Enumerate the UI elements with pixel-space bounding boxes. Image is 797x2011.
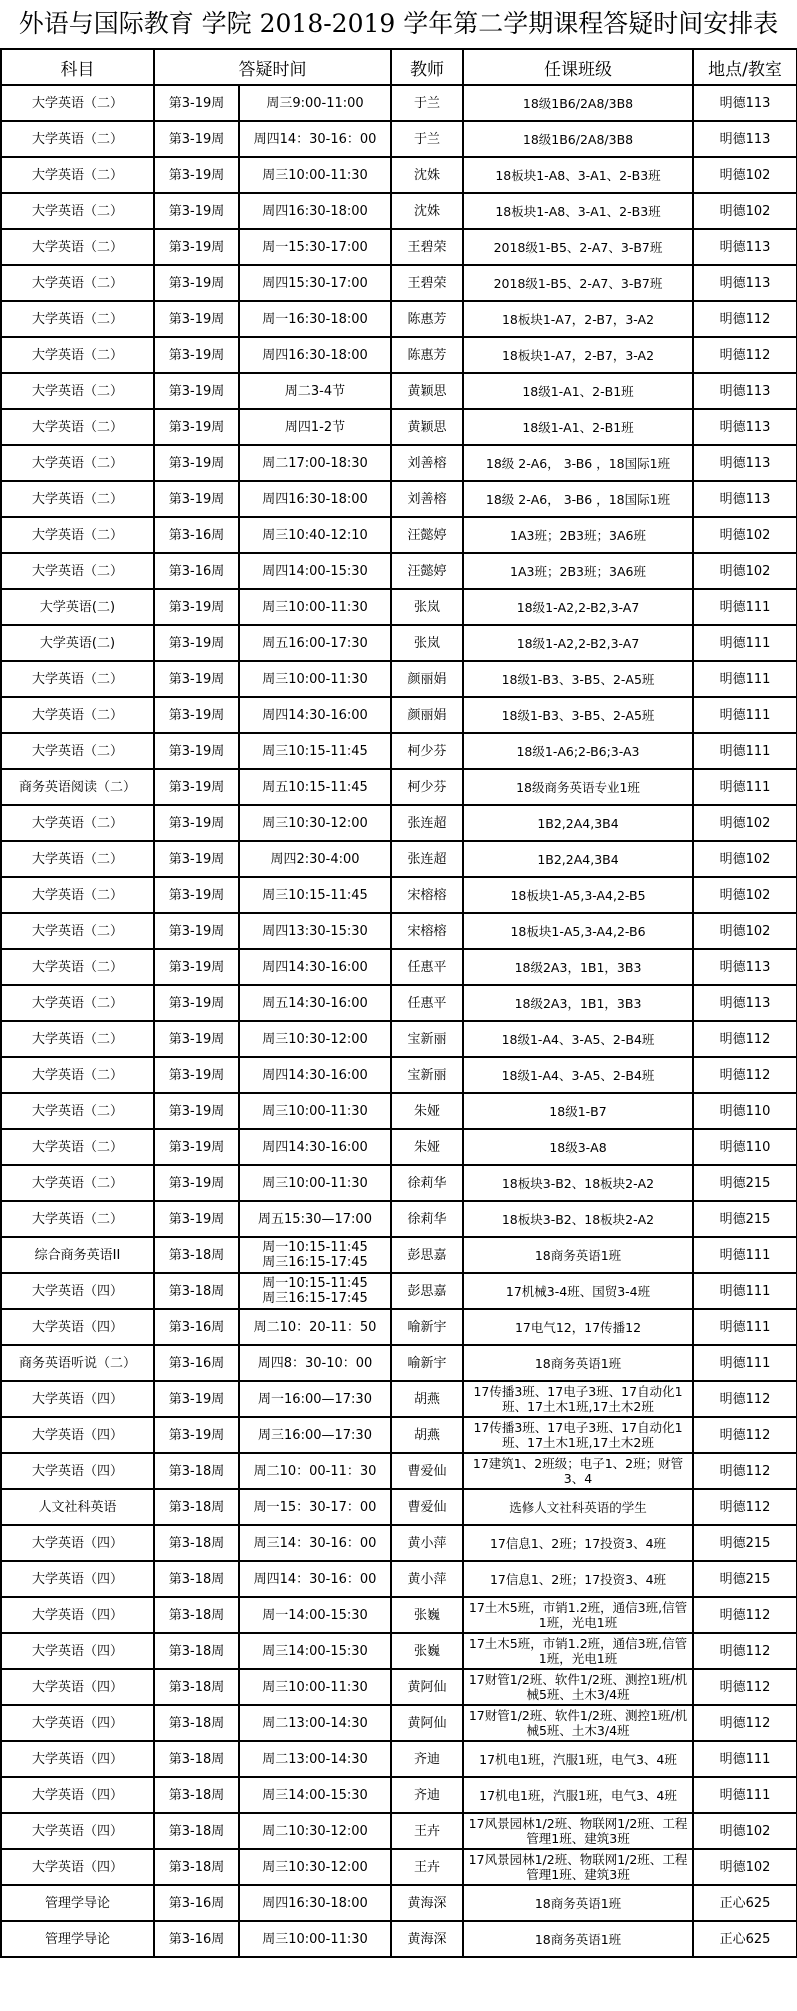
weeks-cell: 第3-19周 <box>154 805 239 841</box>
time-cell: 周二10：00-11：30 <box>239 1453 391 1489</box>
location-cell: 明德112 <box>693 1705 797 1741</box>
subject-cell: 大学英语（二） <box>1 1129 154 1165</box>
table-row: 大学英语（二）第3-19周周四2:30-4:00张连超1B2,2A4,3B4明德… <box>1 841 797 877</box>
classes-cell: 18级1-A4、3-A5、2-B4班 <box>463 1021 693 1057</box>
classes-cell: 18板块1-A5,3-A4,2-B5 <box>463 877 693 913</box>
table-row: 大学英语（四）第3-16周周二10：20-11：50喻新宇17电气12，17传播… <box>1 1309 797 1345</box>
weeks-cell: 第3-18周 <box>154 1561 239 1597</box>
location-cell: 明德111 <box>693 697 797 733</box>
location-cell: 明德111 <box>693 589 797 625</box>
table-row: 大学英语（四）第3-18周周一10:15-11:45 周三16:15-17:45… <box>1 1273 797 1309</box>
classes-cell: 18级1-A1、2-B1班 <box>463 409 693 445</box>
subject-cell: 大学英语（二） <box>1 1057 154 1093</box>
time-cell: 周三10:15-11:45 <box>239 733 391 769</box>
time-cell: 周四14:30-16:00 <box>239 1057 391 1093</box>
classes-cell: 17机电1班，汽服1班，电气3、4班 <box>463 1777 693 1813</box>
time-cell: 周四16:30-18:00 <box>239 481 391 517</box>
weeks-cell: 第3-19周 <box>154 481 239 517</box>
subject-cell: 大学英语（二） <box>1 985 154 1021</box>
weeks-cell: 第3-16周 <box>154 1885 239 1921</box>
time-cell: 周三10:00-11:30 <box>239 589 391 625</box>
table-row: 大学英语（二）第3-19周周三10:15-11:45柯少芬18级1-A6;2-B… <box>1 733 797 769</box>
location-cell: 明德102 <box>693 841 797 877</box>
location-cell: 明德112 <box>693 1489 797 1525</box>
location-cell: 明德102 <box>693 805 797 841</box>
weeks-cell: 第3-19周 <box>154 769 239 805</box>
table-row: 大学英语（二）第3-19周周四14：30-16：00于兰18级1B6/2A8/3… <box>1 121 797 157</box>
time-cell: 周三14:00-15:30 <box>239 1633 391 1669</box>
subject-cell: 大学英语（二） <box>1 301 154 337</box>
teacher-cell: 张岚 <box>391 625 463 661</box>
time-cell: 周三10:30-12:00 <box>239 1849 391 1885</box>
weeks-cell: 第3-19周 <box>154 373 239 409</box>
subject-cell: 大学英语（二） <box>1 805 154 841</box>
table-row: 大学英语(二)第3-19周周三10:00-11:30张岚18级1-A2,2-B2… <box>1 589 797 625</box>
weeks-cell: 第3-19周 <box>154 301 239 337</box>
classes-cell: 18板块1-A7，2-B7，3-A2 <box>463 301 693 337</box>
table-row: 大学英语（二）第3-16周周四14:00-15:30汪懿婷1A3班；2B3班；3… <box>1 553 797 589</box>
subject-cell: 大学英语（四） <box>1 1453 154 1489</box>
table-row: 大学英语（二）第3-19周周四16:30-18:00沈姝18板块1-A8、3-A… <box>1 193 797 229</box>
time-cell: 周三10:30-12:00 <box>239 1021 391 1057</box>
location-cell: 明德113 <box>693 85 797 121</box>
time-cell: 周二10:30-12:00 <box>239 1813 391 1849</box>
table-row: 大学英语（四）第3-18周周三14：30-16：00黄小萍17信息1、2班；17… <box>1 1525 797 1561</box>
time-cell: 周二10：20-11：50 <box>239 1309 391 1345</box>
weeks-cell: 第3-19周 <box>154 193 239 229</box>
classes-cell: 17信息1、2班；17投资3、4班 <box>463 1561 693 1597</box>
table-row: 大学英语（四）第3-18周周一14:00-15:30张巍17土木5班，市销1.2… <box>1 1597 797 1633</box>
classes-cell: 18级商务英语专业1班 <box>463 769 693 805</box>
table-row: 大学英语（二）第3-19周周四1-2节黄颖思18级1-A1、2-B1班明德113 <box>1 409 797 445</box>
time-cell: 周三14:00-15:30 <box>239 1777 391 1813</box>
classes-cell: 18级 2-A6， 3-B6 ，18国际1班 <box>463 445 693 481</box>
location-cell: 明德111 <box>693 1273 797 1309</box>
time-cell: 周三10:00-11:30 <box>239 1165 391 1201</box>
location-cell: 明德112 <box>693 337 797 373</box>
teacher-cell: 胡燕 <box>391 1417 463 1453</box>
table-row: 大学英语（二）第3-19周周三10:00-11:30朱娅18级1-B7明德110 <box>1 1093 797 1129</box>
classes-cell: 18商务英语1班 <box>463 1885 693 1921</box>
table-row: 大学英语（二）第3-19周周一15:30-17:00王碧荣2018级1-B5、2… <box>1 229 797 265</box>
teacher-cell: 喻新宇 <box>391 1345 463 1381</box>
weeks-cell: 第3-18周 <box>154 1741 239 1777</box>
table-row: 大学英语（四）第3-18周周二13:00-14:30齐迪17机电1班，汽服1班，… <box>1 1741 797 1777</box>
weeks-cell: 第3-16周 <box>154 517 239 553</box>
location-cell: 明德113 <box>693 409 797 445</box>
table-row: 大学英语（二）第3-19周周四15:30-17:00王碧荣2018级1-B5、2… <box>1 265 797 301</box>
teacher-cell: 陈惠芳 <box>391 301 463 337</box>
teacher-cell: 宝新丽 <box>391 1021 463 1057</box>
time-cell: 周二13:00-14:30 <box>239 1705 391 1741</box>
location-cell: 明德102 <box>693 553 797 589</box>
table-row: 大学英语（二）第3-19周周四14:30-16:00颜丽娟18级1-B3、3-B… <box>1 697 797 733</box>
location-cell: 明德112 <box>693 1669 797 1705</box>
weeks-cell: 第3-19周 <box>154 85 239 121</box>
subject-cell: 大学英语（二） <box>1 1021 154 1057</box>
classes-cell: 2018级1-B5、2-A7、3-B7班 <box>463 265 693 301</box>
subject-cell: 大学英语（二） <box>1 661 154 697</box>
table-row: 大学英语（二）第3-19周周四16:30-18:00刘善榕18级 2-A6， 3… <box>1 481 797 517</box>
time-cell: 周三10:00-11:30 <box>239 1921 391 1957</box>
table-body: 大学英语（二）第3-19周周三9:00-11:00于兰18级1B6/2A8/3B… <box>1 85 797 1957</box>
location-cell: 明德102 <box>693 913 797 949</box>
subject-cell: 大学英语（二） <box>1 229 154 265</box>
subject-cell: 大学英语（二） <box>1 409 154 445</box>
weeks-cell: 第3-19周 <box>154 625 239 661</box>
teacher-cell: 喻新宇 <box>391 1309 463 1345</box>
time-cell: 周二17:00-18:30 <box>239 445 391 481</box>
weeks-cell: 第3-19周 <box>154 1057 239 1093</box>
teacher-cell: 柯少芬 <box>391 769 463 805</box>
subject-cell: 大学英语（四） <box>1 1561 154 1597</box>
weeks-cell: 第3-19周 <box>154 265 239 301</box>
teacher-cell: 朱娅 <box>391 1129 463 1165</box>
time-cell: 周三10:40-12:10 <box>239 517 391 553</box>
classes-cell: 18级1-B3、3-B5、2-A5班 <box>463 661 693 697</box>
header-location: 地点/教室 <box>693 49 797 85</box>
table-row: 大学英语（四）第3-18周周二10:30-12:00王卉17风景园林1/2班、物… <box>1 1813 797 1849</box>
table-row: 大学英语（二）第3-19周周四14:30-16:00朱娅18级3-A8明德110 <box>1 1129 797 1165</box>
time-cell: 周四14:30-16:00 <box>239 697 391 733</box>
location-cell: 明德102 <box>693 157 797 193</box>
weeks-cell: 第3-18周 <box>154 1813 239 1849</box>
time-cell: 周五10:15-11:45 <box>239 769 391 805</box>
location-cell: 明德110 <box>693 1093 797 1129</box>
classes-cell: 17土木5班，市销1.2班，通信3班,信管1班，光电1班 <box>463 1633 693 1669</box>
classes-cell: 18级2A3，1B1，3B3 <box>463 949 693 985</box>
location-cell: 明德112 <box>693 1381 797 1417</box>
teacher-cell: 汪懿婷 <box>391 517 463 553</box>
location-cell: 明德113 <box>693 949 797 985</box>
weeks-cell: 第3-19周 <box>154 229 239 265</box>
subject-cell: 大学英语（二） <box>1 157 154 193</box>
location-cell: 明德102 <box>693 877 797 913</box>
time-cell: 周二13:00-14:30 <box>239 1741 391 1777</box>
time-cell: 周四13:30-15:30 <box>239 913 391 949</box>
subject-cell: 大学英语（二） <box>1 697 154 733</box>
classes-cell: 18级1-B7 <box>463 1093 693 1129</box>
subject-cell: 大学英语（二） <box>1 373 154 409</box>
weeks-cell: 第3-18周 <box>154 1633 239 1669</box>
subject-cell: 人文社科英语 <box>1 1489 154 1525</box>
teacher-cell: 颜丽娟 <box>391 697 463 733</box>
table-row: 管理学导论第3-16周周四16:30-18:00黄海深18商务英语1班正心625 <box>1 1885 797 1921</box>
table-row: 大学英语（四）第3-19周周三16:00—17:30胡燕17传播3班、17电子3… <box>1 1417 797 1453</box>
location-cell: 明德111 <box>693 1777 797 1813</box>
table-row: 大学英语（二）第3-19周周三10:00-11:30徐莉华18板块3-B2、18… <box>1 1165 797 1201</box>
classes-cell: 18板块1-A8、3-A1、2-B3班 <box>463 193 693 229</box>
table-row: 大学英语（二）第3-19周周四16:30-18:00陈惠芳18板块1-A7，2-… <box>1 337 797 373</box>
weeks-cell: 第3-19周 <box>154 697 239 733</box>
subject-cell: 大学英语(二) <box>1 625 154 661</box>
location-cell: 明德112 <box>693 301 797 337</box>
classes-cell: 18板块3-B2、18板块2-A2 <box>463 1165 693 1201</box>
weeks-cell: 第3-18周 <box>154 1489 239 1525</box>
table-row: 人文社科英语第3-18周周一15：30-17：00曹爱仙选修人文社科英语的学生明… <box>1 1489 797 1525</box>
classes-cell: 18级1B6/2A8/3B8 <box>463 85 693 121</box>
teacher-cell: 黄小萍 <box>391 1525 463 1561</box>
teacher-cell: 王碧荣 <box>391 229 463 265</box>
subject-cell: 大学英语（二） <box>1 265 154 301</box>
table-row: 商务英语阅读（二）第3-19周周五10:15-11:45柯少芬18级商务英语专业… <box>1 769 797 805</box>
table-row: 大学英语（二）第3-19周周三10:00-11:30沈姝18板块1-A8、3-A… <box>1 157 797 193</box>
classes-cell: 18商务英语1班 <box>463 1237 693 1273</box>
table-row: 大学英语（四）第3-18周周二10：00-11：30曹爱仙17建筑1、2班级；电… <box>1 1453 797 1489</box>
subject-cell: 大学英语（四） <box>1 1849 154 1885</box>
table-row: 大学英语（二）第3-16周周三10:40-12:10汪懿婷1A3班；2B3班；3… <box>1 517 797 553</box>
weeks-cell: 第3-18周 <box>154 1777 239 1813</box>
location-cell: 明德113 <box>693 229 797 265</box>
location-cell: 明德102 <box>693 193 797 229</box>
teacher-cell: 曹爱仙 <box>391 1453 463 1489</box>
time-cell: 周四8：30-10：00 <box>239 1345 391 1381</box>
teacher-cell: 陈惠芳 <box>391 337 463 373</box>
location-cell: 明德113 <box>693 121 797 157</box>
weeks-cell: 第3-18周 <box>154 1849 239 1885</box>
location-cell: 明德113 <box>693 445 797 481</box>
classes-cell: 2018级1-B5、2-A7、3-B7班 <box>463 229 693 265</box>
classes-cell: 17传播3班、17电子3班、17自动化1班、17土木1班,17土木2班 <box>463 1417 693 1453</box>
classes-cell: 1B2,2A4,3B4 <box>463 841 693 877</box>
table-row: 大学英语（二）第3-19周周四14:30-16:00宝新丽18级1-A4、3-A… <box>1 1057 797 1093</box>
table-row: 大学英语（四）第3-18周周三14:00-15:30张巍17土木5班，市销1.2… <box>1 1633 797 1669</box>
teacher-cell: 张连超 <box>391 841 463 877</box>
teacher-cell: 任惠平 <box>391 985 463 1021</box>
teacher-cell: 颜丽娟 <box>391 661 463 697</box>
classes-cell: 18级1-A2,2-B2,3-A7 <box>463 625 693 661</box>
classes-cell: 18商务英语1班 <box>463 1345 693 1381</box>
teacher-cell: 宝新丽 <box>391 1057 463 1093</box>
time-cell: 周一15:30-17:00 <box>239 229 391 265</box>
teacher-cell: 黄小萍 <box>391 1561 463 1597</box>
time-cell: 周四2:30-4:00 <box>239 841 391 877</box>
location-cell: 明德113 <box>693 481 797 517</box>
subject-cell: 大学英语（二） <box>1 877 154 913</box>
teacher-cell: 于兰 <box>391 121 463 157</box>
time-cell: 周一10:15-11:45 周三16:15-17:45 <box>239 1237 391 1273</box>
subject-cell: 大学英语（四） <box>1 1669 154 1705</box>
time-cell: 周一10:15-11:45 周三16:15-17:45 <box>239 1273 391 1309</box>
teacher-cell: 徐莉华 <box>391 1201 463 1237</box>
classes-cell: 18级1-A1、2-B1班 <box>463 373 693 409</box>
weeks-cell: 第3-19周 <box>154 1201 239 1237</box>
location-cell: 明德112 <box>693 1021 797 1057</box>
subject-cell: 大学英语（四） <box>1 1273 154 1309</box>
teacher-cell: 张巍 <box>391 1597 463 1633</box>
location-cell: 明德215 <box>693 1561 797 1597</box>
location-cell: 正心625 <box>693 1921 797 1957</box>
classes-cell: 18级2A3，1B1，3B3 <box>463 985 693 1021</box>
location-cell: 明德215 <box>693 1201 797 1237</box>
subject-cell: 大学英语（二） <box>1 517 154 553</box>
teacher-cell: 王碧荣 <box>391 265 463 301</box>
weeks-cell: 第3-19周 <box>154 1129 239 1165</box>
teacher-cell: 齐迪 <box>391 1777 463 1813</box>
teacher-cell: 宋榕榕 <box>391 913 463 949</box>
weeks-cell: 第3-18周 <box>154 1705 239 1741</box>
location-cell: 明德102 <box>693 517 797 553</box>
classes-cell: 1A3班；2B3班；3A6班 <box>463 517 693 553</box>
teacher-cell: 黄海深 <box>391 1921 463 1957</box>
location-cell: 明德111 <box>693 1741 797 1777</box>
subject-cell: 大学英语（二） <box>1 553 154 589</box>
teacher-cell: 黄颖思 <box>391 373 463 409</box>
time-cell: 周三9:00-11:00 <box>239 85 391 121</box>
location-cell: 明德113 <box>693 985 797 1021</box>
weeks-cell: 第3-19周 <box>154 877 239 913</box>
weeks-cell: 第3-18周 <box>154 1669 239 1705</box>
weeks-cell: 第3-19周 <box>154 589 239 625</box>
time-cell: 周四15:30-17:00 <box>239 265 391 301</box>
time-cell: 周四14：30-16：00 <box>239 121 391 157</box>
subject-cell: 大学英语（四） <box>1 1417 154 1453</box>
time-cell: 周三14：30-16：00 <box>239 1525 391 1561</box>
subject-cell: 大学英语（四） <box>1 1813 154 1849</box>
subject-cell: 大学英语（四） <box>1 1309 154 1345</box>
weeks-cell: 第3-19周 <box>154 337 239 373</box>
classes-cell: 18级1-A6;2-B6;3-A3 <box>463 733 693 769</box>
subject-cell: 大学英语（四） <box>1 1777 154 1813</box>
location-cell: 明德112 <box>693 1633 797 1669</box>
classes-cell: 18级1-B3、3-B5、2-A5班 <box>463 697 693 733</box>
table-row: 大学英语（二）第3-19周周二3-4节黄颖思18级1-A1、2-B1班明德113 <box>1 373 797 409</box>
classes-cell: 17财管1/2班、软件1/2班、测控1班/机械5班、土木3/4班 <box>463 1705 693 1741</box>
weeks-cell: 第3-19周 <box>154 445 239 481</box>
location-cell: 明德112 <box>693 1453 797 1489</box>
classes-cell: 17机电1班，汽服1班，电气3、4班 <box>463 1741 693 1777</box>
classes-cell: 17电气12，17传播12 <box>463 1309 693 1345</box>
time-cell: 周四16:30-18:00 <box>239 337 391 373</box>
weeks-cell: 第3-19周 <box>154 841 239 877</box>
header-subject: 科目 <box>1 49 154 85</box>
time-cell: 周二3-4节 <box>239 373 391 409</box>
classes-cell: 18板块1-A8、3-A1、2-B3班 <box>463 157 693 193</box>
time-cell: 周一14:00-15:30 <box>239 1597 391 1633</box>
table-row: 商务英语听说（二）第3-16周周四8：30-10：00喻新宇18商务英语1班明德… <box>1 1345 797 1381</box>
weeks-cell: 第3-19周 <box>154 1093 239 1129</box>
teacher-cell: 黄颖思 <box>391 409 463 445</box>
teacher-cell: 刘善榕 <box>391 481 463 517</box>
weeks-cell: 第3-19周 <box>154 913 239 949</box>
subject-cell: 大学英语（二） <box>1 121 154 157</box>
subject-cell: 大学英语（二） <box>1 1201 154 1237</box>
teacher-cell: 柯少芬 <box>391 733 463 769</box>
time-cell: 周三10:00-11:30 <box>239 661 391 697</box>
teacher-cell: 任惠平 <box>391 949 463 985</box>
weeks-cell: 第3-16周 <box>154 553 239 589</box>
teacher-cell: 曹爱仙 <box>391 1489 463 1525</box>
time-cell: 周四14：30-16：00 <box>239 1561 391 1597</box>
table-row: 大学英语（四）第3-18周周三14:00-15:30齐迪17机电1班，汽服1班，… <box>1 1777 797 1813</box>
teacher-cell: 汪懿婷 <box>391 553 463 589</box>
time-cell: 周五16:00-17:30 <box>239 625 391 661</box>
weeks-cell: 第3-16周 <box>154 1921 239 1957</box>
location-cell: 明德112 <box>693 1057 797 1093</box>
teacher-cell: 齐迪 <box>391 1741 463 1777</box>
subject-cell: 综合商务英语II <box>1 1237 154 1273</box>
location-cell: 明德102 <box>693 1849 797 1885</box>
time-cell: 周三10:30-12:00 <box>239 805 391 841</box>
subject-cell: 商务英语阅读（二） <box>1 769 154 805</box>
weeks-cell: 第3-19周 <box>154 1417 239 1453</box>
teacher-cell: 沈姝 <box>391 193 463 229</box>
teacher-cell: 黄阿仙 <box>391 1705 463 1741</box>
location-cell: 明德110 <box>693 1129 797 1165</box>
location-cell: 明德111 <box>693 1237 797 1273</box>
schedule-table: 科目 答疑时间 教师 任课班级 地点/教室 大学英语（二）第3-19周周三9:0… <box>0 48 797 1958</box>
subject-cell: 大学英语(二) <box>1 589 154 625</box>
teacher-cell: 宋榕榕 <box>391 877 463 913</box>
weeks-cell: 第3-19周 <box>154 949 239 985</box>
table-row: 大学英语（四）第3-19周周一16:00—17:30胡燕17传播3班、17电子3… <box>1 1381 797 1417</box>
table-row: 大学英语(二)第3-19周周五16:00-17:30张岚18级1-A2,2-B2… <box>1 625 797 661</box>
teacher-cell: 王卉 <box>391 1813 463 1849</box>
weeks-cell: 第3-19周 <box>154 121 239 157</box>
teacher-cell: 张连超 <box>391 805 463 841</box>
table-row: 大学英语（二）第3-19周周四14:30-16:00任惠平18级2A3，1B1，… <box>1 949 797 985</box>
classes-cell: 选修人文社科英语的学生 <box>463 1489 693 1525</box>
location-cell: 明德112 <box>693 1417 797 1453</box>
teacher-cell: 彭思嘉 <box>391 1273 463 1309</box>
weeks-cell: 第3-19周 <box>154 661 239 697</box>
time-cell: 周一16:30-18:00 <box>239 301 391 337</box>
page-title: 外语与国际教育 学院 2018-2019 学年第二学期课程答疑时间安排表 <box>0 0 797 48</box>
subject-cell: 大学英语（四） <box>1 1741 154 1777</box>
weeks-cell: 第3-19周 <box>154 1381 239 1417</box>
time-cell: 周四14:30-16:00 <box>239 1129 391 1165</box>
subject-cell: 大学英语（二） <box>1 337 154 373</box>
location-cell: 明德111 <box>693 661 797 697</box>
subject-cell: 商务英语听说（二） <box>1 1345 154 1381</box>
location-cell: 明德113 <box>693 373 797 409</box>
table-row: 大学英语（二）第3-19周周三10:15-11:45宋榕榕18板块1-A5,3-… <box>1 877 797 913</box>
teacher-cell: 黄阿仙 <box>391 1669 463 1705</box>
classes-cell: 17信息1、2班；17投资3、4班 <box>463 1525 693 1561</box>
location-cell: 正心625 <box>693 1885 797 1921</box>
table-row: 管理学导论第3-16周周三10:00-11:30黄海深18商务英语1班正心625 <box>1 1921 797 1957</box>
subject-cell: 大学英语（二） <box>1 1165 154 1201</box>
location-cell: 明德111 <box>693 733 797 769</box>
classes-cell: 18板块3-B2、18板块2-A2 <box>463 1201 693 1237</box>
classes-cell: 18级3-A8 <box>463 1129 693 1165</box>
weeks-cell: 第3-19周 <box>154 1021 239 1057</box>
classes-cell: 17机械3-4班、国贸3-4班 <box>463 1273 693 1309</box>
location-cell: 明德111 <box>693 1345 797 1381</box>
time-cell: 周一15：30-17：00 <box>239 1489 391 1525</box>
classes-cell: 18商务英语1班 <box>463 1921 693 1957</box>
subject-cell: 大学英语（二） <box>1 193 154 229</box>
teacher-cell: 彭思嘉 <box>391 1237 463 1273</box>
teacher-cell: 沈姝 <box>391 157 463 193</box>
table-row: 大学英语（四）第3-18周周三10:30-12:00王卉17风景园林1/2班、物… <box>1 1849 797 1885</box>
location-cell: 明德215 <box>693 1165 797 1201</box>
time-cell: 周三16:00—17:30 <box>239 1417 391 1453</box>
header-classes: 任课班级 <box>463 49 693 85</box>
teacher-cell: 黄海深 <box>391 1885 463 1921</box>
subject-cell: 大学英语（二） <box>1 913 154 949</box>
subject-cell: 大学英语（二） <box>1 1093 154 1129</box>
subject-cell: 大学英语（四） <box>1 1597 154 1633</box>
time-cell: 周一16:00—17:30 <box>239 1381 391 1417</box>
table-row: 大学英语（四）第3-18周周二13:00-14:30黄阿仙17财管1/2班、软件… <box>1 1705 797 1741</box>
weeks-cell: 第3-19周 <box>154 985 239 1021</box>
weeks-cell: 第3-18周 <box>154 1453 239 1489</box>
header-time: 答疑时间 <box>154 49 391 85</box>
classes-cell: 17建筑1、2班级；电子1、2班；财管3、4 <box>463 1453 693 1489</box>
time-cell: 周四16:30-18:00 <box>239 193 391 229</box>
teacher-cell: 刘善榕 <box>391 445 463 481</box>
